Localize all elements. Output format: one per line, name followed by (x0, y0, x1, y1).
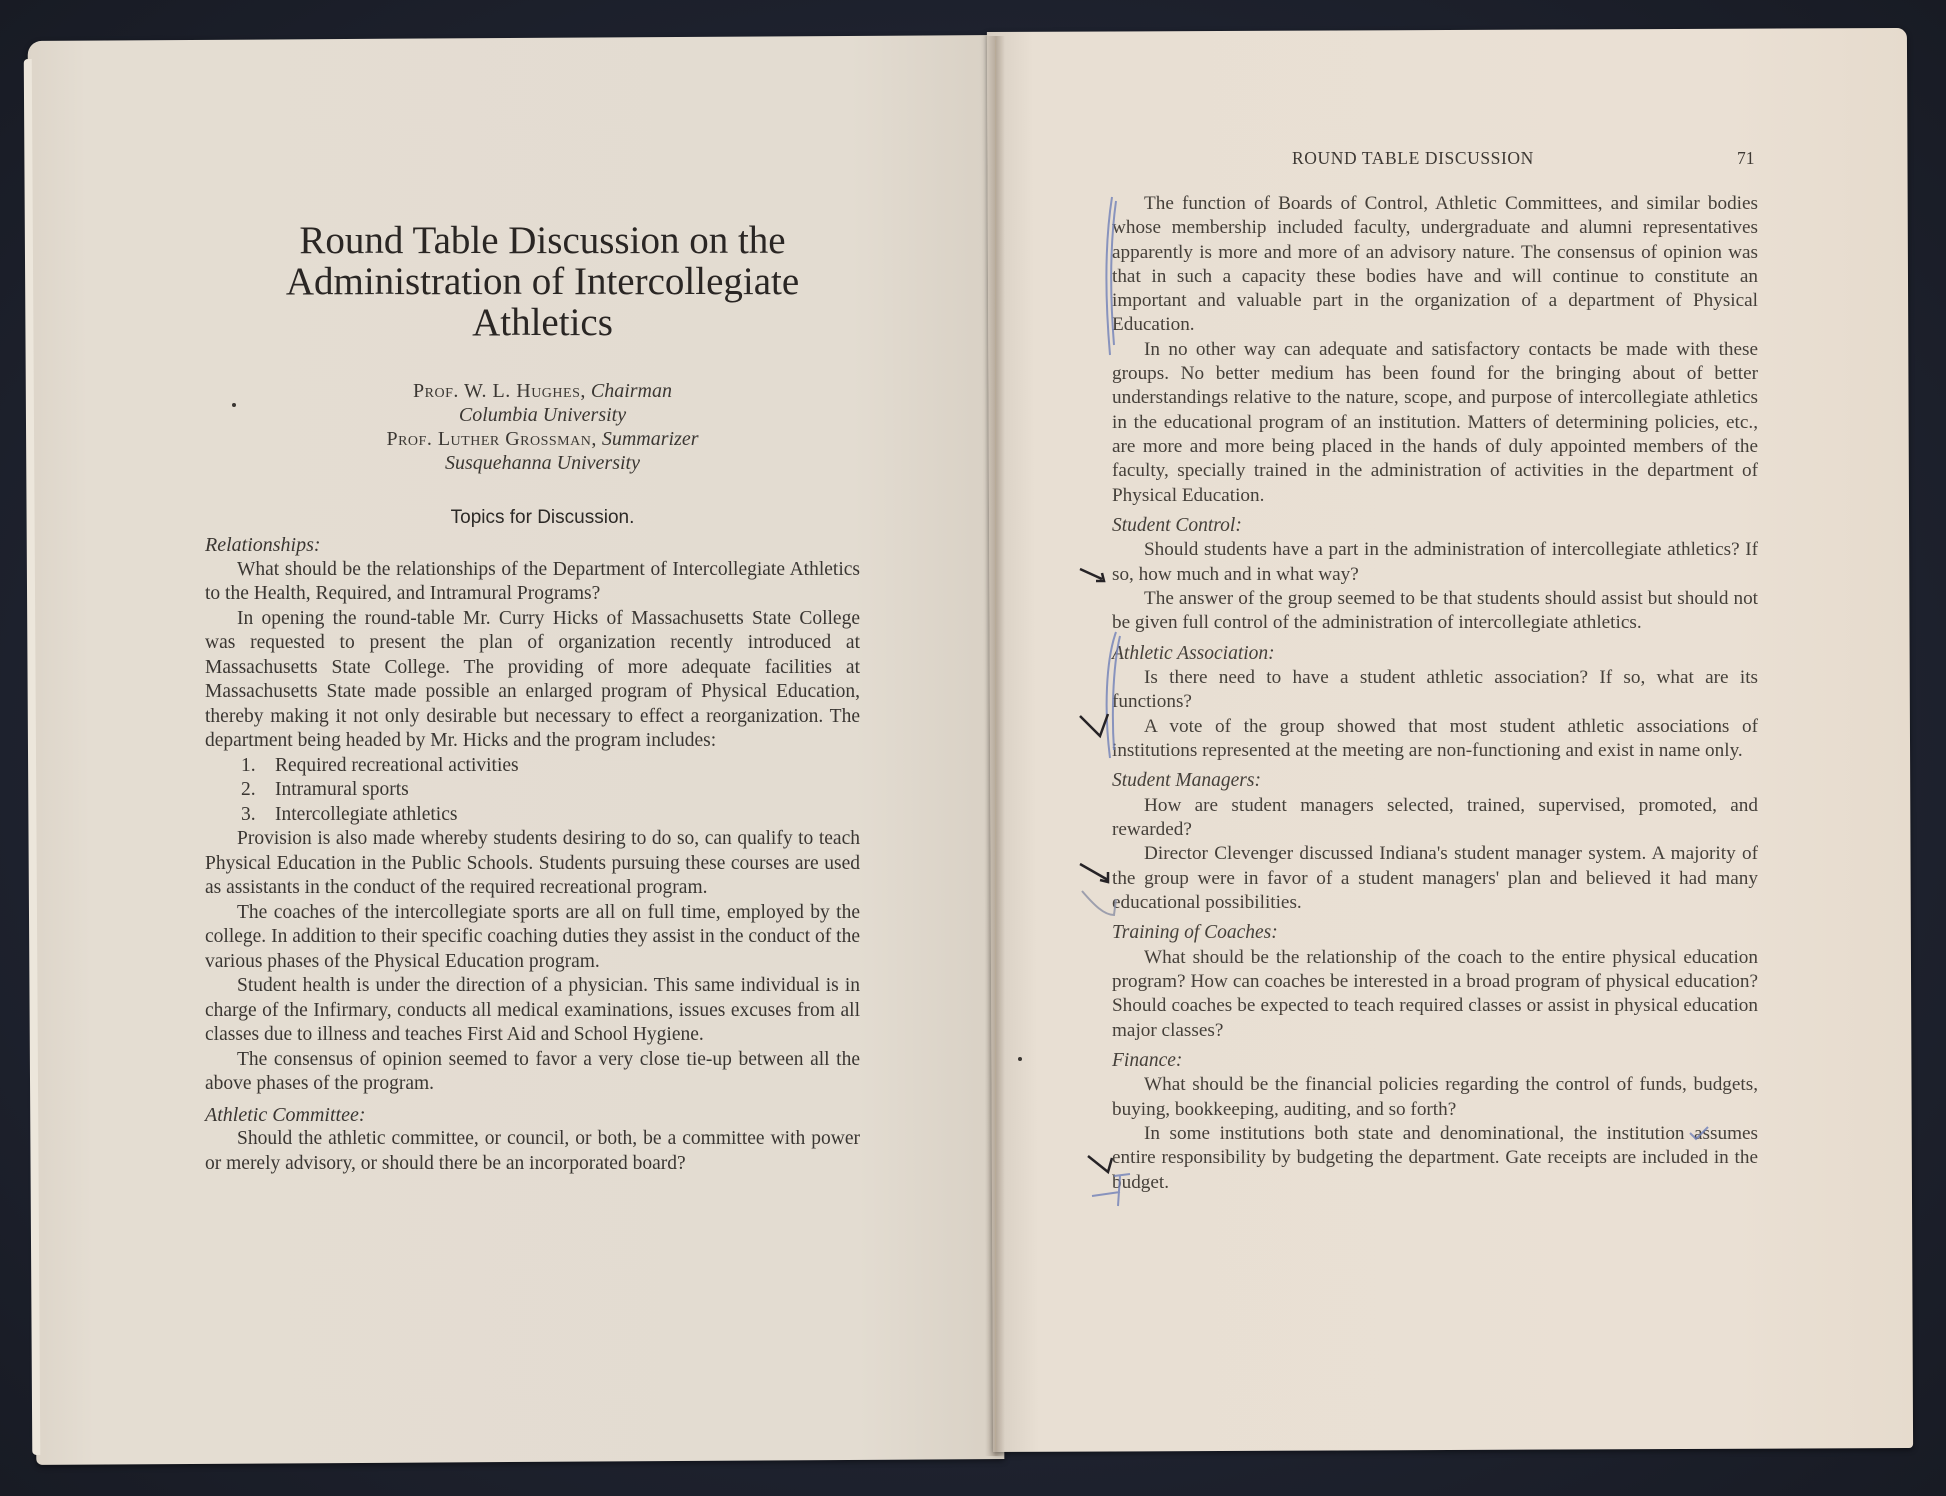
summarizer-line: Prof. Luther Grossman, Summarizer (225, 427, 860, 451)
section-heading: Finance: (1112, 1049, 1758, 1074)
section-heading: Student Managers: (1112, 769, 1758, 794)
left-page-content: Round Table Discussion on the Administra… (205, 220, 860, 1176)
paragraph: In some institutions both state and deno… (1112, 1122, 1758, 1195)
list-item: 3.Intercollegiate athletics (241, 803, 860, 828)
section-heading: Athletic Committee: (205, 1103, 860, 1128)
chairman-role: Chairman (591, 380, 672, 402)
title-line: Round Table Discussion on the (225, 220, 860, 261)
paragraph: Is there need to have a student athletic… (1112, 666, 1758, 715)
paragraph: The function of Boards of Control, Athle… (1112, 192, 1758, 338)
ink-check-arrow-icon (1078, 565, 1114, 589)
section-athletic-association: Athletic Association: Is there need to h… (1112, 642, 1758, 764)
section-heading: Training of Coaches: (1112, 921, 1758, 946)
page-number: 71 (1737, 148, 1755, 169)
summarizer-role: Summarizer (602, 428, 699, 450)
paragraph: The consensus of opinion seemed to favor… (205, 1048, 860, 1097)
list-item: 1.Required recreational activities (241, 754, 860, 779)
chairman-affiliation: Columbia University (225, 403, 860, 427)
section-heading: Relationships: (205, 533, 860, 558)
right-page-content: The function of Boards of Control, Athle… (1112, 192, 1758, 1195)
byline: Prof. W. L. Hughes, Chairman Columbia Un… (205, 379, 860, 475)
paragraph: In no other way can adequate and satisfa… (1112, 338, 1758, 508)
paragraph: Student health is under the direction of… (205, 974, 860, 1048)
summarizer-affiliation: Susquehanna University (225, 451, 860, 475)
title-line: Administration of Intercollegiate (225, 261, 860, 302)
section-training-of-coaches: Training of Coaches: What should be the … (1112, 921, 1758, 1043)
section-heading: Athletic Association: (1112, 642, 1758, 667)
section-relationships: Relationships: What should be the relati… (205, 533, 860, 1097)
pencil-margin-bracket-icon (1098, 195, 1128, 365)
section-athletic-committee: Athletic Committee: Should the athletic … (205, 1103, 860, 1177)
paragraph: In opening the round-table Mr. Curry Hic… (205, 607, 860, 754)
paragraph: Should the athletic committee, or counci… (205, 1127, 860, 1176)
list-item: 2.Intramural sports (241, 778, 860, 803)
paragraph: What should be the relationships of the … (205, 558, 860, 607)
running-head: ROUND TABLE DISCUSSION (1292, 148, 1534, 169)
open-book: Round Table Discussion on the Administra… (0, 0, 1946, 1496)
paragraph: Provision is also made whereby students … (205, 827, 860, 901)
paragraph: What should be the financial policies re… (1112, 1073, 1758, 1122)
paragraph: The answer of the group seemed to be tha… (1112, 587, 1758, 636)
pencil-tick-icon (1688, 1125, 1710, 1141)
ink-check-icon (1078, 710, 1118, 746)
paragraph: A vote of the group showed that most stu… (1112, 715, 1758, 764)
margin-dot (232, 403, 236, 407)
paragraph: What should be the relationship of the c… (1112, 946, 1758, 1043)
chairman-name: Prof. W. L. Hughes, (413, 380, 586, 402)
pencil-cross-icon (1090, 1172, 1134, 1212)
title-line: Athletics (225, 302, 860, 343)
paragraph: Director Clevenger discussed Indiana's s… (1112, 842, 1758, 915)
page-fold-line (995, 40, 996, 1450)
margin-dot (1018, 1057, 1022, 1061)
paragraph: Should students have a part in the admin… (1112, 538, 1758, 587)
summarizer-name: Prof. Luther Grossman, (386, 428, 596, 450)
pencil-check-icon (1080, 885, 1120, 921)
article-title: Round Table Discussion on the Administra… (205, 220, 860, 343)
section-finance: Finance: What should be the financial po… (1112, 1049, 1758, 1195)
section-student-managers: Student Managers: How are student manage… (1112, 769, 1758, 915)
program-list: 1.Required recreational activities 2.Int… (205, 754, 860, 828)
topics-heading: Topics for Discussion. (205, 507, 860, 529)
section-student-control: Student Control: Should students have a … (1112, 514, 1758, 636)
paragraph: How are student managers selected, train… (1112, 794, 1758, 843)
chairman-line: Prof. W. L. Hughes, Chairman (225, 379, 860, 403)
paragraph: The coaches of the intercollegiate sport… (205, 901, 860, 975)
section-heading: Student Control: (1112, 514, 1758, 539)
